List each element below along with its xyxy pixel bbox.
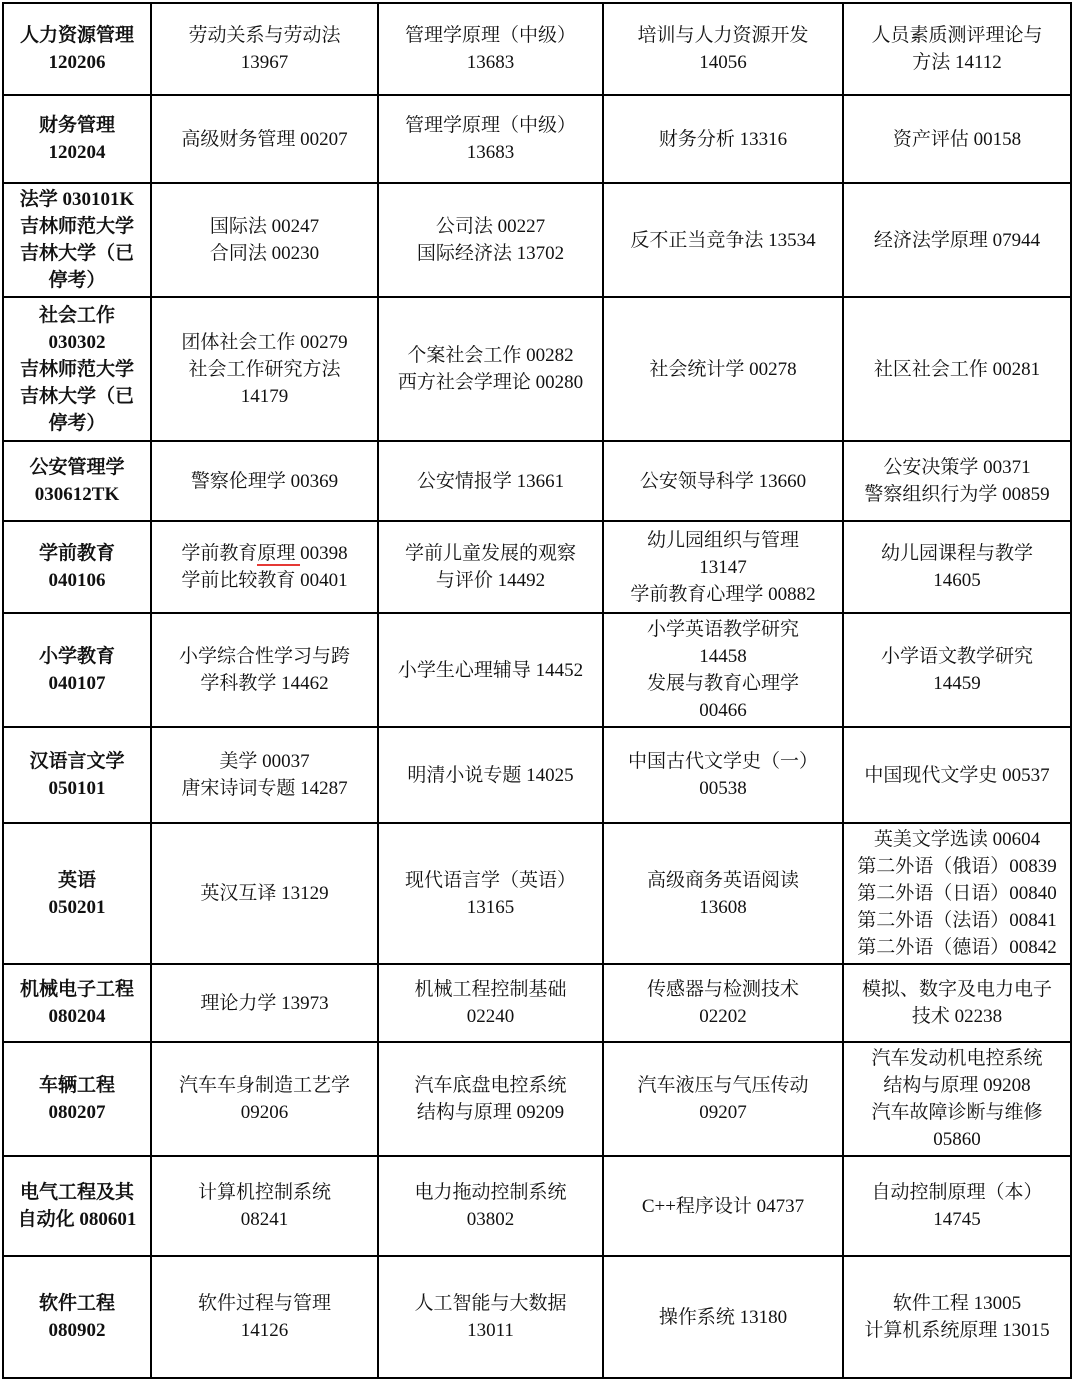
major-cell: 车辆工程080207 <box>3 1042 151 1156</box>
major-line: 040106 <box>8 567 146 594</box>
course-cell: 幼儿园课程与教学14605 <box>843 521 1071 613</box>
red-underline-mark: 原理 <box>257 543 300 566</box>
course-cell: 小学综合性学习与跨学科教学 14462 <box>151 613 378 727</box>
course-line: 第二外语（日语）00840 <box>848 880 1066 907</box>
table-row: 社会工作030302吉林师范大学吉林大学（已停考）团体社会工作 00279社会工… <box>3 297 1071 441</box>
course-line: 05860 <box>848 1126 1066 1153</box>
course-line: 公安决策学 00371 <box>848 454 1066 481</box>
course-line: 汽车车身制造工艺学 <box>156 1072 373 1099</box>
table-row: 财务管理120204高级财务管理 00207管理学原理（中级）13683财务分析… <box>3 95 1071 183</box>
course-line: 02240 <box>383 1003 598 1030</box>
course-line: 学科教学 14462 <box>156 670 373 697</box>
table-row: 公安管理学030612TK警察伦理学 00369公安情报学 13661公安领导科… <box>3 441 1071 521</box>
course-line: 第二外语（德语）00842 <box>848 934 1066 961</box>
course-line: 14605 <box>848 567 1066 594</box>
course-line: 社会工作研究方法 <box>156 356 373 383</box>
course-line: 09206 <box>156 1099 373 1126</box>
course-line: 03802 <box>383 1206 598 1233</box>
course-line: 资产评估 00158 <box>848 126 1066 153</box>
major-line: 软件工程 <box>8 1290 146 1317</box>
course-cell: 高级财务管理 00207 <box>151 95 378 183</box>
course-line: 学前比较教育 00401 <box>156 567 373 594</box>
table-row: 软件工程080902软件过程与管理14126人工智能与大数据13011操作系统 … <box>3 1256 1071 1378</box>
major-cell: 公安管理学030612TK <box>3 441 151 521</box>
exam-table-body: 人力资源管理120206劳动关系与劳动法13967管理学原理（中级）13683培… <box>3 3 1071 1378</box>
table-row: 小学教育040107小学综合性学习与跨学科教学 14462小学生心理辅导 144… <box>3 613 1071 727</box>
major-cell: 财务管理120204 <box>3 95 151 183</box>
major-cell: 机械电子工程080204 <box>3 964 151 1042</box>
course-cell: 汽车车身制造工艺学09206 <box>151 1042 378 1156</box>
course-line: 13683 <box>383 139 598 166</box>
course-cell: 公安情报学 13661 <box>378 441 603 521</box>
major-cell: 人力资源管理120206 <box>3 3 151 95</box>
course-line: 13147 <box>608 554 838 581</box>
course-line: 计算机系统原理 13015 <box>848 1317 1066 1344</box>
course-cell: 模拟、数字及电力电子技术 02238 <box>843 964 1071 1042</box>
course-line: 09207 <box>608 1099 838 1126</box>
table-row: 汉语言文学050101美学 00037唐宋诗词专题 14287明清小说专题 14… <box>3 727 1071 823</box>
course-cell: 个案社会工作 00282西方社会学理论 00280 <box>378 297 603 441</box>
course-line: 汽车液压与气压传动 <box>608 1072 838 1099</box>
course-line: 操作系统 13180 <box>608 1304 838 1331</box>
major-line: 电气工程及其 <box>8 1179 146 1206</box>
course-line: 14179 <box>156 383 373 410</box>
course-cell: C++程序设计 04737 <box>603 1156 843 1256</box>
course-cell: 人员素质测评理论与方法 14112 <box>843 3 1071 95</box>
table-row: 英语050201英汉互译 13129现代语言学（英语）13165高级商务英语阅读… <box>3 823 1071 964</box>
course-line: 13608 <box>608 894 838 921</box>
course-line: 13165 <box>383 894 598 921</box>
course-line: 学前教育原理 00398 <box>156 540 373 567</box>
course-line: 汽车底盘电控系统 <box>383 1072 598 1099</box>
course-line: 公司法 00227 <box>383 213 598 240</box>
table-row: 法学 030101K吉林师范大学吉林大学（已停考）国际法 00247合同法 00… <box>3 183 1071 297</box>
course-line: 管理学原理（中级） <box>383 22 598 49</box>
course-cell: 汽车发动机电控系统结构与原理 09208汽车故障诊断与维修05860 <box>843 1042 1071 1156</box>
course-line: 英汉互译 13129 <box>156 880 373 907</box>
course-cell: 幼儿园组织与管理13147学前教育心理学 00882 <box>603 521 843 613</box>
course-line: 明清小说专题 14025 <box>383 762 598 789</box>
major-line: 社会工作 <box>8 302 146 329</box>
course-line: 机械工程控制基础 <box>383 976 598 1003</box>
course-line: 软件工程 13005 <box>848 1290 1066 1317</box>
course-cell: 财务分析 13316 <box>603 95 843 183</box>
course-line: 人工智能与大数据 <box>383 1290 598 1317</box>
table-row: 电气工程及其自动化 080601计算机控制系统08241电力拖动控制系统0380… <box>3 1156 1071 1256</box>
course-cell: 公安领导科学 13660 <box>603 441 843 521</box>
course-line: 08241 <box>156 1206 373 1233</box>
course-line: 国际经济法 13702 <box>383 240 598 267</box>
major-line: 030302 <box>8 329 146 356</box>
major-line: 车辆工程 <box>8 1072 146 1099</box>
course-line: 软件过程与管理 <box>156 1290 373 1317</box>
major-cell: 社会工作030302吉林师范大学吉林大学（已停考） <box>3 297 151 441</box>
major-line: 人力资源管理 <box>8 22 146 49</box>
course-cell: 自动控制原理（本）14745 <box>843 1156 1071 1256</box>
course-line: 传感器与检测技术 <box>608 976 838 1003</box>
major-line: 吉林师范大学 <box>8 213 146 240</box>
course-line: 14745 <box>848 1206 1066 1233</box>
course-line: 英美文学选读 00604 <box>848 826 1066 853</box>
table-row: 车辆工程080207汽车车身制造工艺学09206汽车底盘电控系统结构与原理 09… <box>3 1042 1071 1156</box>
course-cell: 小学生心理辅导 14452 <box>378 613 603 727</box>
course-cell: 电力拖动控制系统03802 <box>378 1156 603 1256</box>
course-line: 计算机控制系统 <box>156 1179 373 1206</box>
course-line: 结构与原理 09209 <box>383 1099 598 1126</box>
major-line: 自动化 080601 <box>8 1206 146 1233</box>
table-row: 学前教育040106学前教育原理 00398学前比较教育 00401学前儿童发展… <box>3 521 1071 613</box>
major-line: 050101 <box>8 775 146 802</box>
course-line: 13683 <box>383 49 598 76</box>
course-line: 自动控制原理（本） <box>848 1179 1066 1206</box>
course-cell: 公安决策学 00371警察组织行为学 00859 <box>843 441 1071 521</box>
course-cell: 英汉互译 13129 <box>151 823 378 964</box>
course-cell: 小学英语教学研究14458发展与教育心理学00466 <box>603 613 843 727</box>
course-line: 管理学原理（中级） <box>383 112 598 139</box>
course-line: 学前儿童发展的观察 <box>383 540 598 567</box>
course-cell: 国际法 00247合同法 00230 <box>151 183 378 297</box>
course-line: 13011 <box>383 1317 598 1344</box>
course-line: 团体社会工作 00279 <box>156 329 373 356</box>
course-line: 00466 <box>608 697 838 724</box>
major-cell: 学前教育040106 <box>3 521 151 613</box>
major-line: 080204 <box>8 1003 146 1030</box>
major-line: 080207 <box>8 1099 146 1126</box>
major-line: 120206 <box>8 49 146 76</box>
course-line: 13967 <box>156 49 373 76</box>
major-cell: 汉语言文学050101 <box>3 727 151 823</box>
course-cell: 培训与人力资源开发14056 <box>603 3 843 95</box>
course-line: 技术 02238 <box>848 1003 1066 1030</box>
major-cell: 法学 030101K吉林师范大学吉林大学（已停考） <box>3 183 151 297</box>
course-line: 14459 <box>848 670 1066 697</box>
course-line: 警察组织行为学 00859 <box>848 481 1066 508</box>
course-cell: 美学 00037唐宋诗词专题 14287 <box>151 727 378 823</box>
course-cell: 资产评估 00158 <box>843 95 1071 183</box>
course-line: 小学语文教学研究 <box>848 643 1066 670</box>
course-line: 人员素质测评理论与 <box>848 22 1066 49</box>
course-line: 方法 14112 <box>848 49 1066 76</box>
course-cell: 团体社会工作 00279社会工作研究方法14179 <box>151 297 378 441</box>
course-cell: 理论力学 13973 <box>151 964 378 1042</box>
course-line: 国际法 00247 <box>156 213 373 240</box>
course-cell: 软件工程 13005计算机系统原理 13015 <box>843 1256 1071 1378</box>
course-cell: 社会统计学 00278 <box>603 297 843 441</box>
major-line: 机械电子工程 <box>8 976 146 1003</box>
course-line: 与评价 14492 <box>383 567 598 594</box>
major-line: 吉林师范大学 <box>8 356 146 383</box>
course-line: 西方社会学理论 00280 <box>383 369 598 396</box>
course-cell: 学前教育原理 00398学前比较教育 00401 <box>151 521 378 613</box>
course-line: 个案社会工作 00282 <box>383 342 598 369</box>
course-line: 小学英语教学研究 <box>608 616 838 643</box>
course-line: 唐宋诗词专题 14287 <box>156 775 373 802</box>
major-cell: 软件工程080902 <box>3 1256 151 1378</box>
course-line: 结构与原理 09208 <box>848 1072 1066 1099</box>
course-line: 美学 00037 <box>156 748 373 775</box>
course-line: 公安情报学 13661 <box>383 468 598 495</box>
course-line: 警察伦理学 00369 <box>156 468 373 495</box>
course-line: 理论力学 13973 <box>156 990 373 1017</box>
course-line: 小学生心理辅导 14452 <box>383 657 598 684</box>
course-cell: 劳动关系与劳动法13967 <box>151 3 378 95</box>
major-line: 小学教育 <box>8 643 146 670</box>
course-line: 社会统计学 00278 <box>608 356 838 383</box>
major-line: 英语 <box>8 867 146 894</box>
course-line: 劳动关系与劳动法 <box>156 22 373 49</box>
course-cell: 机械工程控制基础02240 <box>378 964 603 1042</box>
course-cell: 学前儿童发展的观察与评价 14492 <box>378 521 603 613</box>
major-cell: 电气工程及其自动化 080601 <box>3 1156 151 1256</box>
major-cell: 小学教育040107 <box>3 613 151 727</box>
course-cell: 公司法 00227国际经济法 13702 <box>378 183 603 297</box>
course-line: 财务分析 13316 <box>608 126 838 153</box>
course-cell: 明清小说专题 14025 <box>378 727 603 823</box>
course-line: 小学综合性学习与跨 <box>156 643 373 670</box>
table-row: 机械电子工程080204理论力学 13973机械工程控制基础02240传感器与检… <box>3 964 1071 1042</box>
major-cell: 英语050201 <box>3 823 151 964</box>
course-cell: 警察伦理学 00369 <box>151 441 378 521</box>
table-row: 人力资源管理120206劳动关系与劳动法13967管理学原理（中级）13683培… <box>3 3 1071 95</box>
course-line: 合同法 00230 <box>156 240 373 267</box>
major-line: 停考） <box>8 267 146 294</box>
course-cell: 计算机控制系统08241 <box>151 1156 378 1256</box>
course-line: 14126 <box>156 1317 373 1344</box>
major-line: 学前教育 <box>8 540 146 567</box>
course-line: 第二外语（俄语）00839 <box>848 853 1066 880</box>
course-line: 高级财务管理 00207 <box>156 126 373 153</box>
course-cell: 汽车底盘电控系统结构与原理 09209 <box>378 1042 603 1156</box>
course-cell: 英美文学选读 00604第二外语（俄语）00839第二外语（日语）00840第二… <box>843 823 1071 964</box>
course-line: 幼儿园组织与管理 <box>608 527 838 554</box>
course-line: 00538 <box>608 775 838 802</box>
course-line: 电力拖动控制系统 <box>383 1179 598 1206</box>
course-cell: 现代语言学（英语）13165 <box>378 823 603 964</box>
major-line: 法学 030101K <box>8 186 146 213</box>
course-line: 汽车故障诊断与维修 <box>848 1099 1066 1126</box>
major-line: 吉林大学（已 <box>8 383 146 410</box>
course-line: 学前教育心理学 00882 <box>608 581 838 608</box>
course-line: 14056 <box>608 49 838 76</box>
course-line: 反不正当竞争法 13534 <box>608 227 838 254</box>
course-cell: 传感器与检测技术02202 <box>603 964 843 1042</box>
course-cell: 管理学原理（中级）13683 <box>378 95 603 183</box>
course-line: 高级商务英语阅读 <box>608 867 838 894</box>
major-line: 030612TK <box>8 481 146 508</box>
major-line: 吉林大学（已 <box>8 240 146 267</box>
course-line: 幼儿园课程与教学 <box>848 540 1066 567</box>
course-line: 14458 <box>608 643 838 670</box>
major-line: 停考） <box>8 410 146 437</box>
course-line: 第二外语（法语）00841 <box>848 907 1066 934</box>
course-line: 02202 <box>608 1003 838 1030</box>
major-line: 050201 <box>8 894 146 921</box>
course-line: 汽车发动机电控系统 <box>848 1045 1066 1072</box>
course-cell: 小学语文教学研究14459 <box>843 613 1071 727</box>
course-cell: 社区社会工作 00281 <box>843 297 1071 441</box>
major-line: 汉语言文学 <box>8 748 146 775</box>
course-cell: 软件过程与管理14126 <box>151 1256 378 1378</box>
major-line: 120204 <box>8 139 146 166</box>
major-line: 公安管理学 <box>8 454 146 481</box>
major-line: 040107 <box>8 670 146 697</box>
course-line: 现代语言学（英语） <box>383 867 598 894</box>
course-cell: 中国现代文学史 00537 <box>843 727 1071 823</box>
major-line: 财务管理 <box>8 112 146 139</box>
course-line: 公安领导科学 13660 <box>608 468 838 495</box>
course-cell: 反不正当竞争法 13534 <box>603 183 843 297</box>
course-line: C++程序设计 04737 <box>608 1193 838 1220</box>
course-cell: 管理学原理（中级）13683 <box>378 3 603 95</box>
course-cell: 经济法学原理 07944 <box>843 183 1071 297</box>
course-cell: 操作系统 13180 <box>603 1256 843 1378</box>
course-line: 中国古代文学史（一） <box>608 748 838 775</box>
course-line: 发展与教育心理学 <box>608 670 838 697</box>
course-line: 经济法学原理 07944 <box>848 227 1066 254</box>
course-line: 社区社会工作 00281 <box>848 356 1066 383</box>
course-cell: 中国古代文学史（一）00538 <box>603 727 843 823</box>
exam-schedule-table: 人力资源管理120206劳动关系与劳动法13967管理学原理（中级）13683培… <box>2 2 1072 1379</box>
course-line: 模拟、数字及电力电子 <box>848 976 1066 1003</box>
course-cell: 人工智能与大数据13011 <box>378 1256 603 1378</box>
major-line: 080902 <box>8 1317 146 1344</box>
course-line: 培训与人力资源开发 <box>608 22 838 49</box>
course-line: 中国现代文学史 00537 <box>848 762 1066 789</box>
course-cell: 汽车液压与气压传动09207 <box>603 1042 843 1156</box>
course-cell: 高级商务英语阅读13608 <box>603 823 843 964</box>
